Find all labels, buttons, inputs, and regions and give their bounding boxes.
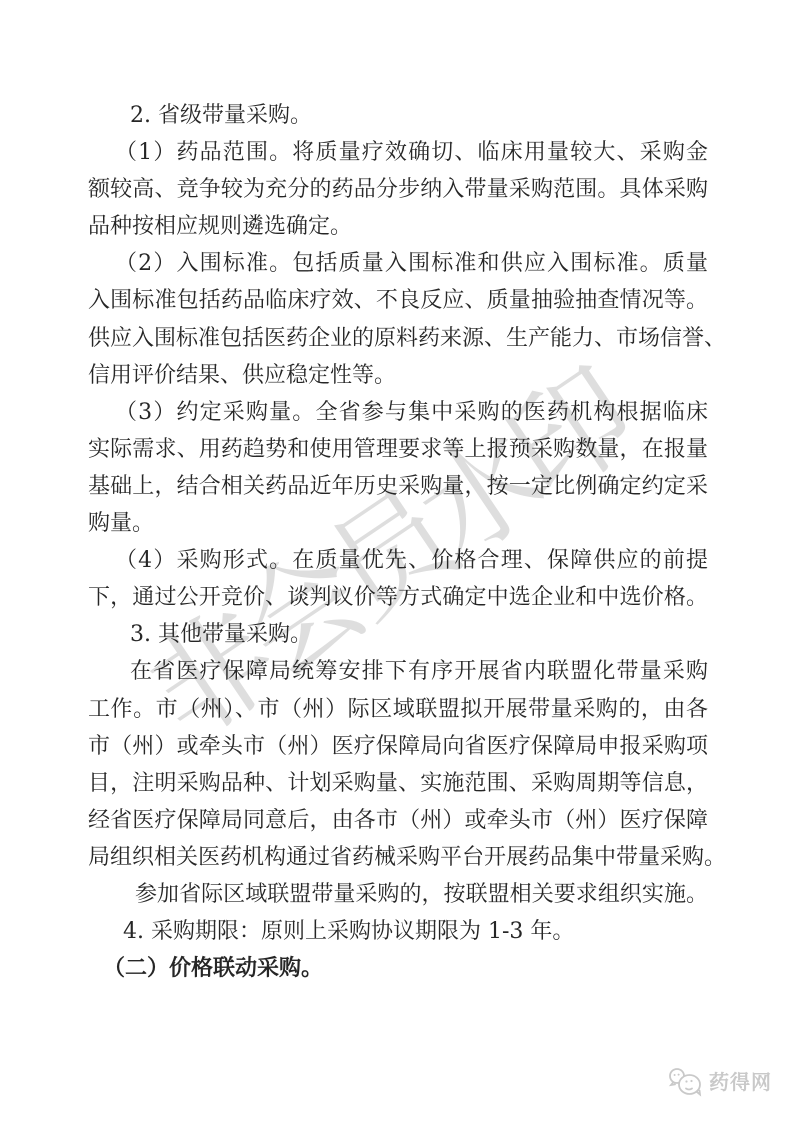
text-line: 2. 省级带量采购。 [88,97,708,134]
text-line: （二）价格联动采购。 [88,950,708,987]
text-line: （3）约定采购量。全省参与集中采购的医药机构根据临床 [88,394,708,431]
text-line: 购量。 [88,505,708,542]
text-line: （2）入围标准。包括质量入围标准和供应入围标准。质量 [88,245,708,282]
text-line: 市（州）或牵头市（州）医疗保障局向省医疗保障局申报采购项 [88,728,708,765]
text-line: 参加省际区域联盟带量采购的，按联盟相关要求组织实施。 [88,876,708,913]
text-line: 经省医疗保障局同意后，由各市（州）或牵头市（州）医疗保障 [88,802,708,839]
footer-brand: 药得网 [666,1066,772,1098]
text-line: （1）药品范围。将质量疗效确切、临床用量较大、采购金 [88,134,708,171]
text-line: 下，通过公开竞价、谈判议价等方式确定中选企业和中选价格。 [88,579,708,616]
text-line: 工作。市（州）、市（州）际区域联盟拟开展带量采购的，由各 [88,691,708,728]
footer-brand-text: 药得网 [709,1072,772,1092]
text-line: 局组织相关医药机构通过省药械采购平台开展药品集中带量采购。 [88,839,708,876]
text-line: 供应入围标准包括医药企业的原料药来源、生产能力、市场信誉、 [88,320,708,357]
text-line: 3. 其他带量采购。 [88,616,708,653]
text-line: 入围标准包括药品临床疗效、不良反应、质量抽验抽查情况等。 [88,282,708,319]
text-line: 4. 采购期限：原则上采购协议期限为 1-3 年。 [88,913,708,950]
text-line: 额较高、竞争较为充分的药品分步纳入带量采购范围。具体采购 [88,171,708,208]
text-line: 基础上，结合相关药品近年历史采购量，按一定比例确定约定采 [88,468,708,505]
mascot-icon [666,1066,704,1098]
document-lines: 2. 省级带量采购。（1）药品范围。将质量疗效确切、临床用量较大、采购金额较高、… [88,97,708,987]
text-line: （4）采购形式。在质量优先、价格合理、保障供应的前提 [88,542,708,579]
text-line: 信用评价结果、供应稳定性等。 [88,357,708,394]
text-line: 目，注明采购品种、计划采购量、实施范围、采购周期等信息， [88,765,708,802]
text-line: 实际需求、用药趋势和使用管理要求等上报预采购数量，在报量 [88,431,708,468]
text-line: 在省医疗保障局统筹安排下有序开展省内联盟化带量采购 [88,653,708,690]
text-line: 品种按相应规则遴选确定。 [88,208,708,245]
document-page: 非会员水印 2. 省级带量采购。（1）药品范围。将质量疗效确切、临床用量较大、采… [0,0,793,1122]
